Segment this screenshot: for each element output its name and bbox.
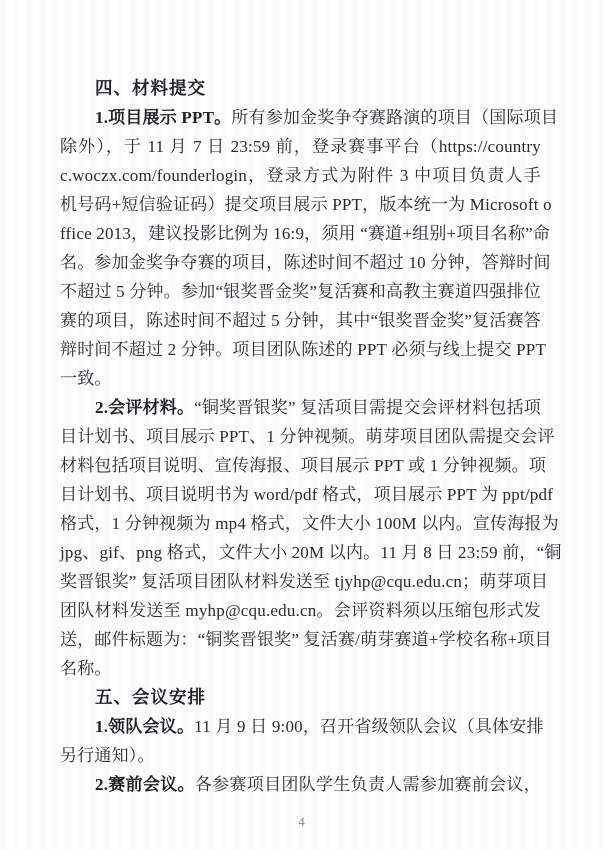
paragraph-lead-text: 2.会评材料。 [95, 398, 194, 417]
paragraph-lead-text: 1.项目展示 PPT。 [95, 108, 231, 127]
scanned-document-page: 四、材料提交1.项目展示 PPT。所有参加金奖争夺赛路演的项目（国际项目除外），… [0, 0, 603, 849]
line-text: jpg、gif、png 格式，文件大小 20M 以内。11 月 8 日 23:5… [60, 543, 562, 562]
line-text: 除外），于 11 月 7 日 23:59 前，登录赛事平台（https://co… [60, 137, 541, 156]
line-text: 赛的项目，陈述时间不超过 5 分钟，其中“银奖晋金奖”复活赛答 [60, 311, 541, 330]
paragraph-lead-text: 四、材料提交 [95, 78, 206, 98]
line-text: c.woczx.com/founderlogin，登录方式为附件 3 中项目负责… [60, 166, 541, 185]
text-line: 格式，1 分钟视频为 mp4 格式，文件大小 100M 以内。宣传海报为 [60, 509, 541, 538]
text-line: 赛的项目，陈述时间不超过 5 分钟，其中“银奖晋金奖”复活赛答 [60, 306, 541, 335]
text-line: 送，邮件标题为：“铜奖晋银奖” 复活赛/萌芽赛道+学校名称+项目 [60, 625, 541, 654]
line-text: ffice 2013，建议投影比例为 16:9，须用 “赛道+组别+项目名称”命 [60, 224, 550, 243]
line-text: 辩时间不超过 2 分钟。项目团队陈述的 PPT 必须与线上提交 PPT [60, 340, 546, 359]
page-number: 4 [0, 813, 603, 831]
line-text: 11 月 9 日 9:00，召开省级领队会议（具体安排 [194, 717, 544, 736]
line-text: 团队材料发送至 myhp@cqu.edu.cn。会评资料须以压缩包形式发 [60, 601, 541, 620]
line-text: 各参赛项目团队学生负责人需参加赛前会议， [195, 775, 541, 794]
text-line: ffice 2013，建议投影比例为 16:9，须用 “赛道+组别+项目名称”命 [60, 219, 541, 248]
line-text: 格式，1 分钟视频为 mp4 格式，文件大小 100M 以内。宣传海报为 [60, 514, 559, 533]
text-line: 除外），于 11 月 7 日 23:59 前，登录赛事平台（https://co… [60, 132, 541, 161]
line-text: 所有参加金奖争夺赛路演的项目（国际项目 [231, 108, 558, 127]
line-text: 不超过 5 分钟。参加“银奖晋金奖”复活赛和高教主赛道四强排位 [60, 282, 541, 301]
line-text: 名。参加金奖争夺赛的项目，陈述时间不超过 10 分钟，答辩时间 [60, 253, 551, 272]
line-text: 目计划书、项目说明书为 word/pdf 格式，项目展示 PPT 为 ppt/p… [60, 485, 553, 504]
line-text: “铜奖晋银奖” 复活项目需提交会评材料包括项 [194, 398, 541, 417]
text-line: 团队材料发送至 myhp@cqu.edu.cn。会评资料须以压缩包形式发 [60, 596, 541, 625]
text-line: 辩时间不超过 2 分钟。项目团队陈述的 PPT 必须与线上提交 PPT [60, 335, 541, 364]
text-line: 目计划书、项目说明书为 word/pdf 格式，项目展示 PPT 为 ppt/p… [60, 480, 541, 509]
line-text: 机号码+短信验证码）提交项目展示 PPT，版本统一为 Microsoft o [60, 195, 552, 214]
text-line: 机号码+短信验证码）提交项目展示 PPT，版本统一为 Microsoft o [60, 190, 541, 219]
section-heading: 四、材料提交 [60, 74, 541, 103]
text-line: 1.领队会议。11 月 9 日 9:00，召开省级领队会议（具体安排 [60, 712, 541, 741]
line-text: 另行通知）。 [60, 746, 155, 765]
text-line: 另行通知）。 [60, 741, 541, 770]
line-text: 送，邮件标题为：“铜奖晋银奖” 复活赛/萌芽赛道+学校名称+项目 [60, 630, 552, 649]
paragraph-lead-text: 2.赛前会议。 [95, 775, 195, 794]
line-text: 一致。 [60, 369, 112, 388]
line-text: 目计划书、项目展示 PPT、1 分钟视频。萌芽项目团队需提交会评 [60, 427, 555, 446]
text-line: 名称。 [60, 654, 541, 683]
text-line: 2.会评材料。“铜奖晋银奖” 复活项目需提交会评材料包括项 [60, 393, 541, 422]
text-line: 目计划书、项目展示 PPT、1 分钟视频。萌芽项目团队需提交会评 [60, 422, 541, 451]
section-heading: 五、会议安排 [60, 683, 541, 712]
line-text: 材料包括项目说明、宣传海报、项目展示 PPT 或 1 分钟视频。项 [60, 456, 546, 475]
text-line: 材料包括项目说明、宣传海报、项目展示 PPT 或 1 分钟视频。项 [60, 451, 541, 480]
line-text: 名称。 [60, 659, 112, 678]
text-line: 不超过 5 分钟。参加“银奖晋金奖”复活赛和高教主赛道四强排位 [60, 277, 541, 306]
text-line: 奖晋银奖” 复活项目团队材料发送至 tjyhp@cqu.edu.cn；萌芽项目 [60, 567, 541, 596]
text-line: 1.项目展示 PPT。所有参加金奖争夺赛路演的项目（国际项目 [60, 103, 541, 132]
text-line: 一致。 [60, 364, 541, 393]
line-text: 奖晋银奖” 复活项目团队材料发送至 tjyhp@cqu.edu.cn；萌芽项目 [60, 572, 548, 591]
text-line: jpg、gif、png 格式，文件大小 20M 以内。11 月 8 日 23:5… [60, 538, 541, 567]
paragraph-lead-text: 1.领队会议。 [95, 717, 194, 736]
text-line: 名。参加金奖争夺赛的项目，陈述时间不超过 10 分钟，答辩时间 [60, 248, 541, 277]
text-line: c.woczx.com/founderlogin，登录方式为附件 3 中项目负责… [60, 161, 541, 190]
paragraph-lead-text: 五、会议安排 [95, 687, 206, 707]
text-line: 2.赛前会议。各参赛项目团队学生负责人需参加赛前会议， [60, 770, 541, 799]
document-body: 四、材料提交1.项目展示 PPT。所有参加金奖争夺赛路演的项目（国际项目除外），… [60, 74, 541, 799]
